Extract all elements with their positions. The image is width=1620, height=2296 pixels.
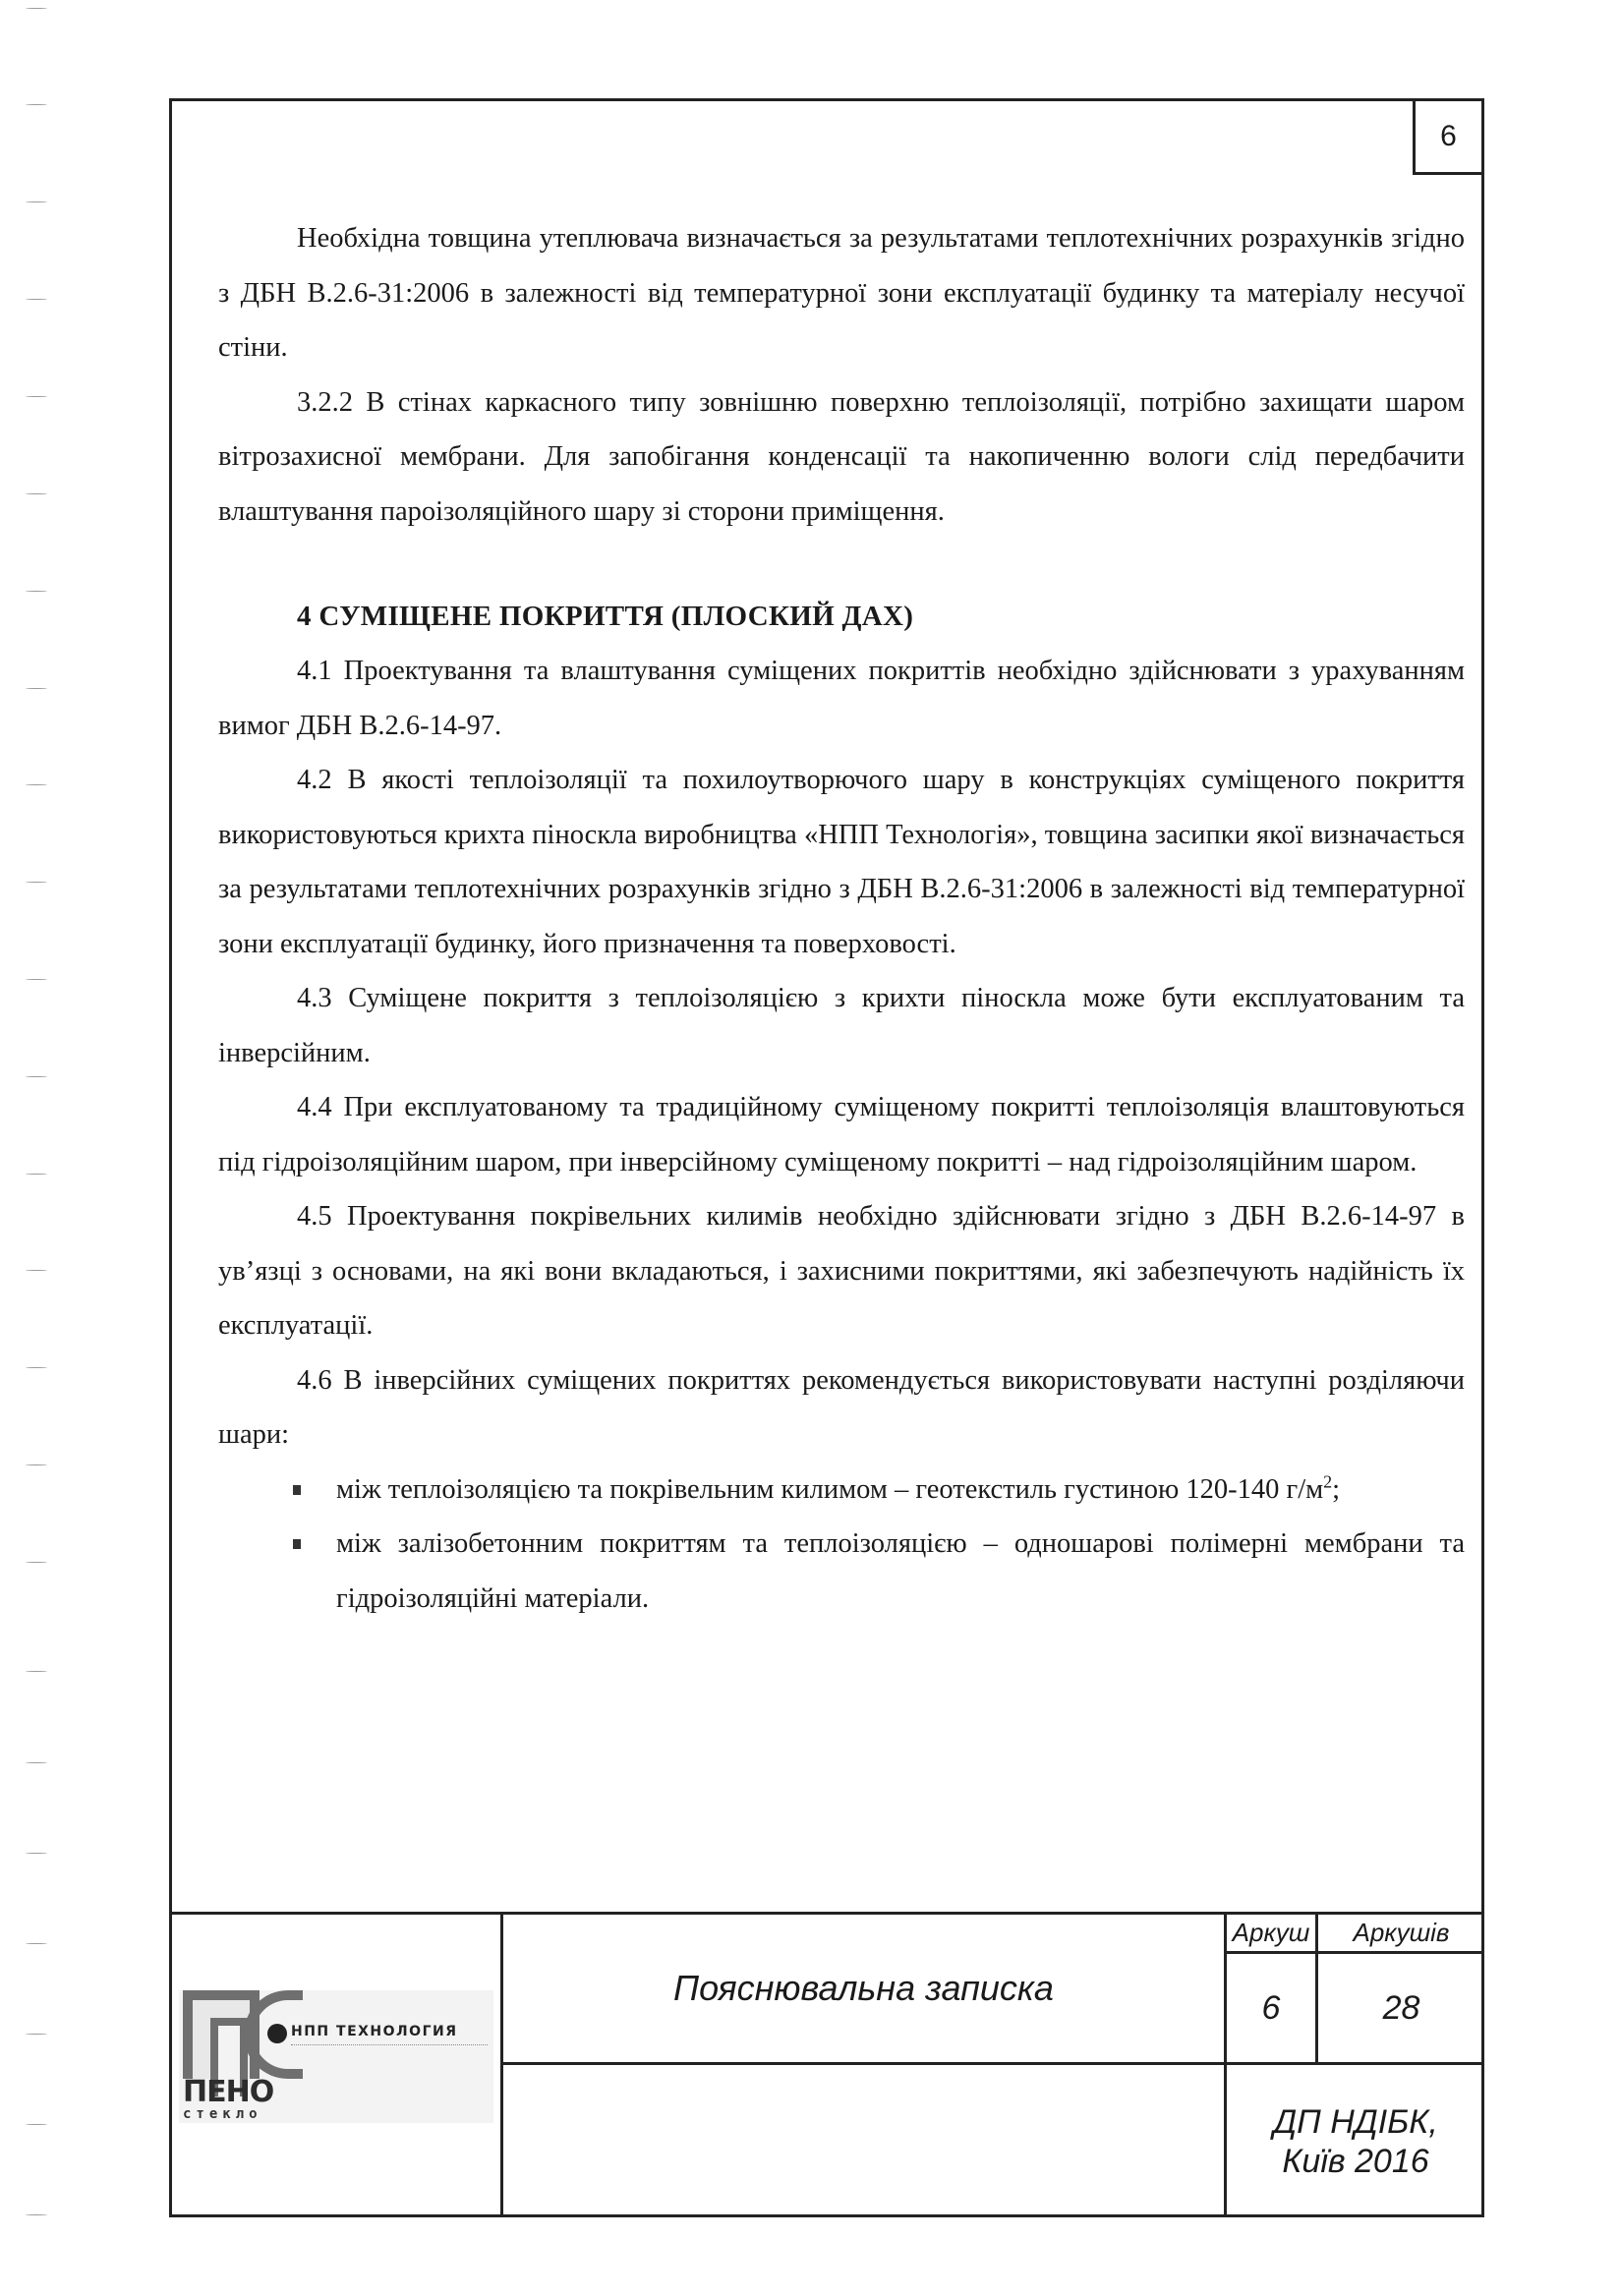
margin-mark	[26, 1174, 47, 1175]
paragraph-4-5: 4.5 Проектування покрівельних килимів не…	[218, 1189, 1465, 1353]
logo-brand-bottom: стекло	[183, 2106, 262, 2122]
logo-divider	[291, 2044, 488, 2045]
margin-mark	[26, 201, 47, 202]
paragraph-4-6: 4.6 В інверсійних суміщених покриттях ре…	[218, 1353, 1465, 1463]
margin-mark	[26, 2124, 47, 2125]
list-item: між теплоізоляцією та покрівельним килим…	[336, 1463, 1465, 1518]
separating-layers-list: між теплоізоляцією та покрівельним килим…	[218, 1463, 1465, 1627]
margin-mark	[26, 688, 47, 689]
section-heading: 4 СУМІЩЕНЕ ПОКРИТТЯ (ПЛОСКИЙ ДАХ)	[218, 590, 1465, 644]
company-logo: НПП ТЕХНОЛОГИЯ ПЕНО стекло	[179, 1990, 493, 2123]
empty-cell	[503, 2065, 1224, 2217]
document-title: Пояснювальна записка	[503, 1915, 1224, 2065]
sheet-info: Аркуш Аркушів 6 28 ДП НДІБК, Київ 2016	[1224, 1915, 1484, 2217]
margin-mark	[26, 104, 47, 105]
sheets-label: Аркушів	[1318, 1915, 1484, 1954]
list-item-text: між залізобетонним покриттям та теплоізо…	[336, 1528, 1465, 1614]
list-item-text: між теплоізоляцією та покрівельним килим…	[336, 1474, 1323, 1505]
margin-mark	[26, 1853, 47, 1854]
margin-mark	[26, 493, 47, 494]
margin-mark	[26, 299, 47, 300]
paragraph-4-4: 4.4 При експлуатованому та традиційному …	[218, 1080, 1465, 1189]
margin-mark	[26, 784, 47, 785]
paragraph-intro: Необхідна товщина утеплювача визначаєтьс…	[218, 211, 1465, 375]
margin-mark	[26, 979, 47, 980]
page-number: 6	[1413, 98, 1484, 175]
paragraph-4-3: 4.3 Суміщене покриття з теплоізоляцією з…	[218, 971, 1465, 1080]
margin-mark	[26, 2034, 47, 2035]
margin-mark	[26, 1464, 47, 1465]
sheets-total-value: 28	[1318, 1954, 1484, 2065]
organization-name: ДП НДІБК,	[1273, 2102, 1438, 2142]
margin-mark	[26, 1943, 47, 1944]
superscript: 2	[1323, 1471, 1332, 1491]
logo-brand-top: ПЕНО	[183, 2079, 273, 2106]
paragraph-4-1: 4.1 Проектування та влаштування суміщени…	[218, 644, 1465, 753]
list-item: між залізобетонним покриттям та теплоізо…	[336, 1517, 1465, 1626]
paragraph-4-2: 4.2 В якості теплоізоляції та похилоутво…	[218, 753, 1465, 971]
margin-mark	[26, 1367, 47, 1368]
paragraph-3-2-2: 3.2.2 В стінах каркасного типу зовнішню …	[218, 375, 1465, 540]
logo-cell: НПП ТЕХНОЛОГИЯ ПЕНО стекло	[169, 1915, 503, 2217]
organization-city-year: Київ 2016	[1282, 2142, 1428, 2181]
margin-mark	[26, 1076, 47, 1077]
margin-mark	[26, 1562, 47, 1563]
margin-mark	[26, 1671, 47, 1672]
document-body: Необхідна товщина утеплювача визначаєтьс…	[218, 211, 1465, 1626]
title-block: НПП ТЕХНОЛОГИЯ ПЕНО стекло Пояснювальна …	[169, 1912, 1484, 2217]
logo-company-name: НПП ТЕХНОЛОГИЯ	[291, 2024, 458, 2039]
margin-mark	[26, 1270, 47, 1271]
margin-mark	[26, 2214, 47, 2215]
list-item-tail: ;	[1332, 1474, 1340, 1505]
margin-mark	[26, 1762, 47, 1763]
sheet-value: 6	[1227, 1954, 1318, 2065]
logo-dot-icon	[267, 2024, 287, 2043]
margin-mark	[26, 8, 47, 9]
organization: ДП НДІБК, Київ 2016	[1227, 2065, 1484, 2217]
margin-mark	[26, 396, 47, 397]
margin-mark	[26, 591, 47, 592]
sheet-label: Аркуш	[1227, 1915, 1318, 1954]
margin-mark	[26, 882, 47, 883]
